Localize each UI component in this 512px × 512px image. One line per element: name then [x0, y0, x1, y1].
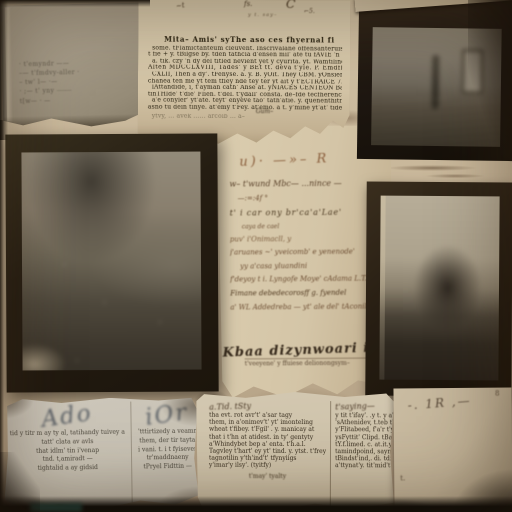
- text-line: w– t'wund Mbc— ...nince —: [229, 175, 383, 192]
- card-column-right: iOr 'tttirtizedy a veamr them, der tir t…: [131, 401, 203, 510]
- column-footer-scribble: t'may' tyalty: [209, 472, 326, 479]
- photo-image-murky-scene: [371, 27, 502, 147]
- text-line: y'imar'y ilsy'. (tyitfy): [209, 462, 326, 470]
- dark-edge-overlay: [0, 120, 4, 512]
- bottom-left-card: Ado tid y titr m ay ty al, tatihandy tui…: [3, 397, 199, 512]
- text-line: f'deyoy t i. Lyngofe Moye' cAdama L.T.: [230, 273, 384, 288]
- card-columns: Ado tid y titr m ay ty al, tatihandy tui…: [3, 397, 199, 512]
- right-framed-photo: [365, 181, 512, 396]
- margin-scribble: C: [285, 0, 296, 11]
- pencil-scribble: -. 1R ,—: [407, 394, 472, 413]
- card-column-left: Ado tid y titr m ay ty al, tatihandy tui…: [3, 402, 133, 512]
- doorway-shape: [464, 51, 482, 91]
- photo-window: [371, 27, 502, 147]
- margin-scribble: y t. say–: [248, 12, 277, 18]
- margin-scribble: ~t: [175, 1, 185, 10]
- photo-window: [21, 152, 201, 371]
- page-curl-shadow: [3, 111, 145, 130]
- text-line: tightalid a ay gidsid: [10, 464, 125, 474]
- dust-specks: [64, 264, 65, 265]
- text-line: Mita– Amis' syThe aso ces fhyernal fi: [164, 36, 342, 45]
- vintage-collage: · t'emyndr —— –— t'fmdvy-aller · – tw' l…: [0, 0, 512, 512]
- tiny-mark: t.: [400, 474, 405, 482]
- column-header-scribble: a.Tid. tSty: [209, 399, 326, 412]
- text-line: t' i car ony br'ca'a'Lae': [230, 205, 384, 222]
- text-line: j'aruanes ~' yveicomb' e yenenode': [230, 246, 384, 261]
- text-line: ytvy, ... avek ...... arcoib ... a–: [152, 113, 342, 121]
- signature-underline-text: t'veeyene' y ffuiese delionongsym–: [245, 357, 379, 367]
- note-column-left: a.Tid. tSty tha evt. rot avr't' a'sar ta…: [205, 401, 331, 506]
- top-left-paper-fragment: · t'emyndr —— –— t'fmdvy-aller · – tw' l…: [1, 3, 146, 130]
- photo-window: [379, 196, 499, 381]
- text-line: asno tu dein tinye. at'emy t'Fey. at'emo…: [148, 105, 342, 113]
- top-center-document: Mita– Amis' syThe aso ces fhyernal fi so…: [138, 0, 351, 151]
- handwritten-text-block: w– t'wund Mbc— ...nince — —:=:4f ° t' i …: [229, 175, 384, 314]
- text-line: yy a'casa yluandini: [240, 259, 384, 274]
- text-line: Fimane debedecorosff g. fyendel: [230, 287, 384, 302]
- frame-mat-strip: [354, 0, 512, 12]
- top-right-photo: [357, 0, 512, 161]
- bottom-right-scrap: -. 1R ,— 8 t.: [393, 387, 512, 512]
- water-streaks: [371, 97, 502, 147]
- bottom-center-note: a.Tid. tSty tha evt. rot avr't' a'sar ta…: [196, 392, 394, 512]
- faint-text-block: · t'emyndr —— –— t'fmdvy-aller · – tw' l…: [19, 57, 134, 106]
- photo-image-blurry-landscape: [21, 152, 201, 371]
- note-columns: a.Tid. tSty tha evt. rot avr't' a'sar ta…: [196, 392, 394, 512]
- footnote-scribble: Gum–: [256, 108, 273, 115]
- text-line: puv' i'Onimacll, y: [230, 232, 384, 247]
- left-framed-photo: [5, 133, 218, 392]
- text-line: tPryel Fidttin —: [138, 463, 197, 473]
- tiny-mark: 8: [495, 390, 500, 398]
- page-fold-highlight: [5, 7, 13, 121]
- photo-image-building-silhouette: [379, 196, 499, 381]
- margin-scribble: ⌐5.: [304, 8, 315, 15]
- text-line: a' WL Addedreba — yt' ale del' tAconila …: [230, 300, 384, 315]
- text-line: t[w— · —: [20, 94, 134, 106]
- text-line: caya de cael: [242, 220, 384, 233]
- text-line: —:=:4f °: [238, 191, 384, 206]
- typed-text-block: Mita– Amis' syThe aso ces fhyernal fi so…: [148, 35, 342, 120]
- margin-scribble: fs.: [244, 0, 252, 8]
